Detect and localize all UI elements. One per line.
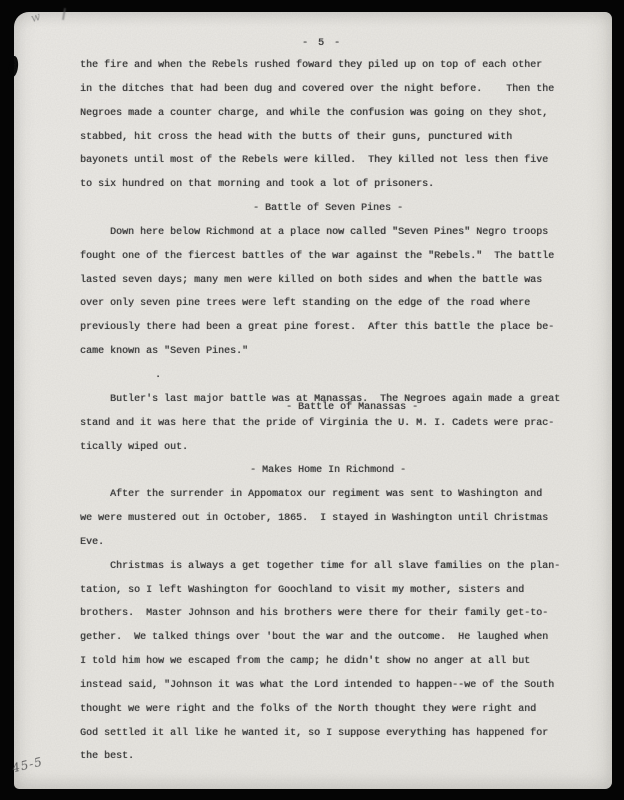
text-line: Eve.	[80, 535, 576, 559]
pencil-mark-top-left: w	[29, 10, 42, 25]
document-page: w - 5 - the fire and when the Rebels rus…	[14, 12, 612, 789]
text-line: the best.	[80, 749, 576, 773]
scan-edge-artifact	[8, 56, 19, 78]
scan-background: w - 5 - the fire and when the Rebels rus…	[0, 0, 624, 800]
text-line: to six hundred on that morning and took …	[80, 177, 576, 201]
text-line: we were mustered out in October, 1865. I…	[80, 511, 576, 535]
pencil-tick-mark	[62, 8, 66, 20]
text-line: Butler's last major battle was at Manass…	[80, 392, 576, 416]
page-number: - 5 -	[80, 38, 564, 49]
text-line: bayonets until most of the Rebels were k…	[80, 153, 576, 177]
text-line: over only seven pine trees were left sta…	[80, 296, 576, 320]
text-line: the fire and when the Rebels rushed fowa…	[80, 58, 576, 82]
text-line: tation, so I left Washington for Goochla…	[80, 583, 576, 607]
text-line: gether. We talked things over 'bout the …	[80, 630, 576, 654]
text-line: fought one of the fiercest battles of th…	[80, 249, 576, 273]
text-line: I told him how we escaped from the camp;…	[80, 654, 576, 678]
text-line: tically wiped out.	[80, 440, 576, 464]
text-line: stand and it was here that the pride of …	[80, 416, 576, 440]
section-heading-richmond: - Makes Home In Richmond -	[80, 463, 576, 487]
text-line: instead said, "Johnson it was what the L…	[80, 678, 576, 702]
typewritten-text-column: the fire and when the Rebels rushed fowa…	[80, 58, 576, 773]
text-line: came known as "Seven Pines."	[80, 344, 576, 368]
text-line: in the ditches that had been dug and cov…	[80, 82, 576, 106]
stray-period-mark: .	[155, 368, 161, 384]
text-line: lasted seven days; many men were killed …	[80, 273, 576, 297]
section-heading-seven-pines: - Battle of Seven Pines -	[80, 201, 576, 225]
text-line: After the surrender in Appomatox our reg…	[80, 487, 576, 511]
text-line: Negroes made a counter charge, and while…	[80, 106, 576, 130]
handwritten-page-annotation: 45-5	[11, 755, 44, 776]
text-line: thought we were right and the folks of t…	[80, 702, 576, 726]
text-line: previously there had been a great pine f…	[80, 320, 576, 344]
text-line: God settled it all like he wanted it, so…	[80, 726, 576, 750]
text-line: Down here below Richmond at a place now …	[80, 225, 576, 249]
section-heading-manassas: . - Battle of Manassas -	[80, 368, 576, 392]
text-line: brothers. Master Johnson and his brother…	[80, 606, 576, 630]
text-line: stabbed, hit cross the head with the but…	[80, 130, 576, 154]
text-line: Christmas is always a get together time …	[80, 559, 576, 583]
